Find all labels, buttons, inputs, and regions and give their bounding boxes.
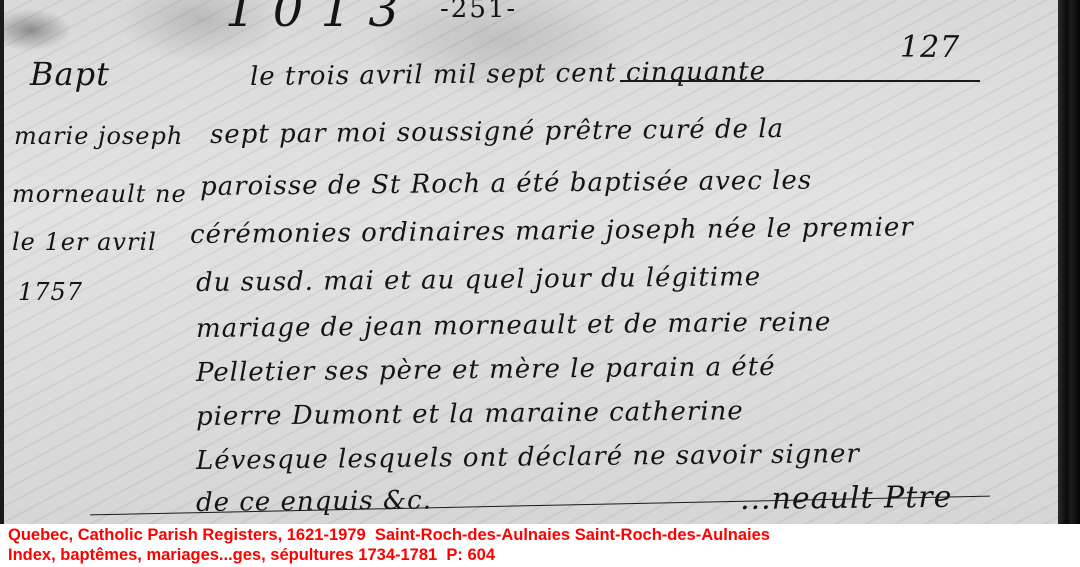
rule-line <box>620 80 980 82</box>
top-left-number: 1 0 1 3 <box>225 0 400 38</box>
page-binding-edge <box>1058 0 1080 524</box>
body-line: pierre Dumont et la maraine catherine <box>196 396 744 432</box>
margin-line: marie joseph <box>14 122 183 150</box>
body-line: Pelletier ses père et mère le parain a é… <box>196 352 776 388</box>
manuscript-scan: 1 0 1 3 -251- 127 Bapt marie joseph morn… <box>0 0 1080 524</box>
record-caption: Quebec, Catholic Parish Registers, 1621-… <box>8 525 770 565</box>
body-line: sept par moi soussigné prêtre curé de la <box>210 114 784 150</box>
body-line: cérémonies ordinaires marie joseph née l… <box>190 212 914 250</box>
entry-number: 127 <box>900 30 960 65</box>
caption-line-collection: Quebec, Catholic Parish Registers, 1621-… <box>8 525 770 545</box>
caption-line-volume-page: Index, baptêmes, mariages...ges, sépultu… <box>8 545 770 565</box>
body-line: Lévesque lesquels ont déclaré ne savoir … <box>196 439 860 476</box>
page-number-header: -251- <box>440 0 517 24</box>
margin-line: morneault ne <box>12 180 187 208</box>
body-line: le trois avril mil sept cent cinquante <box>250 57 766 92</box>
page-left-edge <box>0 0 4 524</box>
body-line: du susd. mai et au quel jour du légitime <box>196 262 762 298</box>
margin-line: le 1er avril <box>12 228 157 256</box>
margin-line: 1757 <box>18 278 83 306</box>
body-line: de ce enquis &c. <box>196 486 432 518</box>
margin-line: Bapt <box>30 55 110 93</box>
body-line: mariage de jean morneault et de marie re… <box>196 307 832 344</box>
body-line: paroisse de St Roch a été baptisée avec … <box>200 166 812 202</box>
